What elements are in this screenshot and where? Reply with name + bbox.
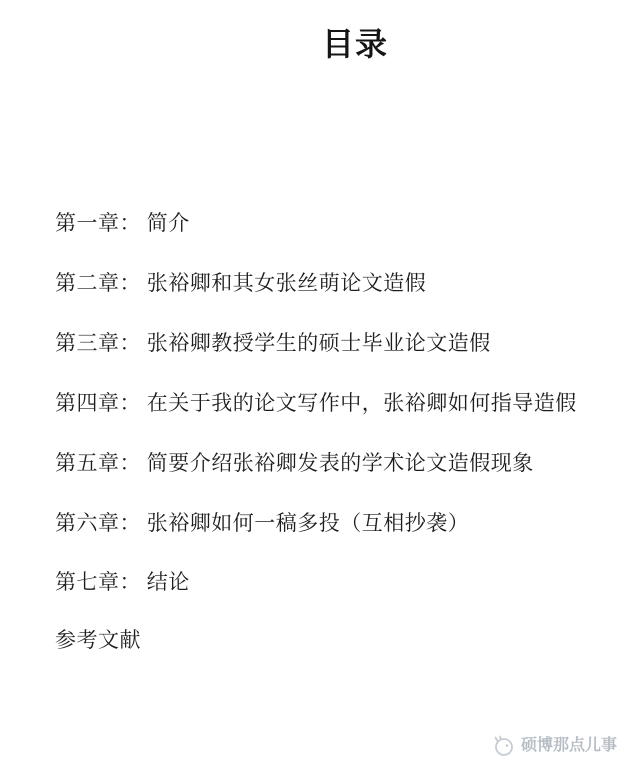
toc-item-chapter-2: 第二章： 张裕卿和其女张丝萌论文造假 bbox=[55, 271, 426, 295]
toc-item-chapter-3: 第三章： 张裕卿教授学生的硕士毕业论文造假 bbox=[55, 331, 491, 355]
toc-item-chapter-7: 第七章： 结论 bbox=[55, 570, 190, 594]
watermark: 硕博那点儿事 bbox=[492, 734, 617, 757]
toc-item-chapter-1: 第一章： 简介 bbox=[55, 211, 190, 235]
watermark-text: 硕博那点儿事 bbox=[521, 736, 617, 756]
toc-item-references: 参考文献 bbox=[55, 628, 141, 652]
toc-item-chapter-4: 第四章： 在关于我的论文写作中，张裕卿如何指导造假 bbox=[55, 391, 577, 415]
document-page: 目录 第一章： 简介 第二章： 张裕卿和其女张丝萌论文造假 第三章： 张裕卿教授… bbox=[0, 0, 631, 771]
publisher-logo-icon bbox=[492, 734, 515, 757]
toc-item-chapter-6: 第六章： 张裕卿如何一稿多投（互相抄袭） bbox=[55, 511, 469, 535]
toc-list: 第一章： 简介 第二章： 张裕卿和其女张丝萌论文造假 第三章： 张裕卿教授学生的… bbox=[0, 0, 631, 771]
toc-item-chapter-5: 第五章： 简要介绍张裕卿发表的学术论文造假现象 bbox=[55, 451, 534, 475]
